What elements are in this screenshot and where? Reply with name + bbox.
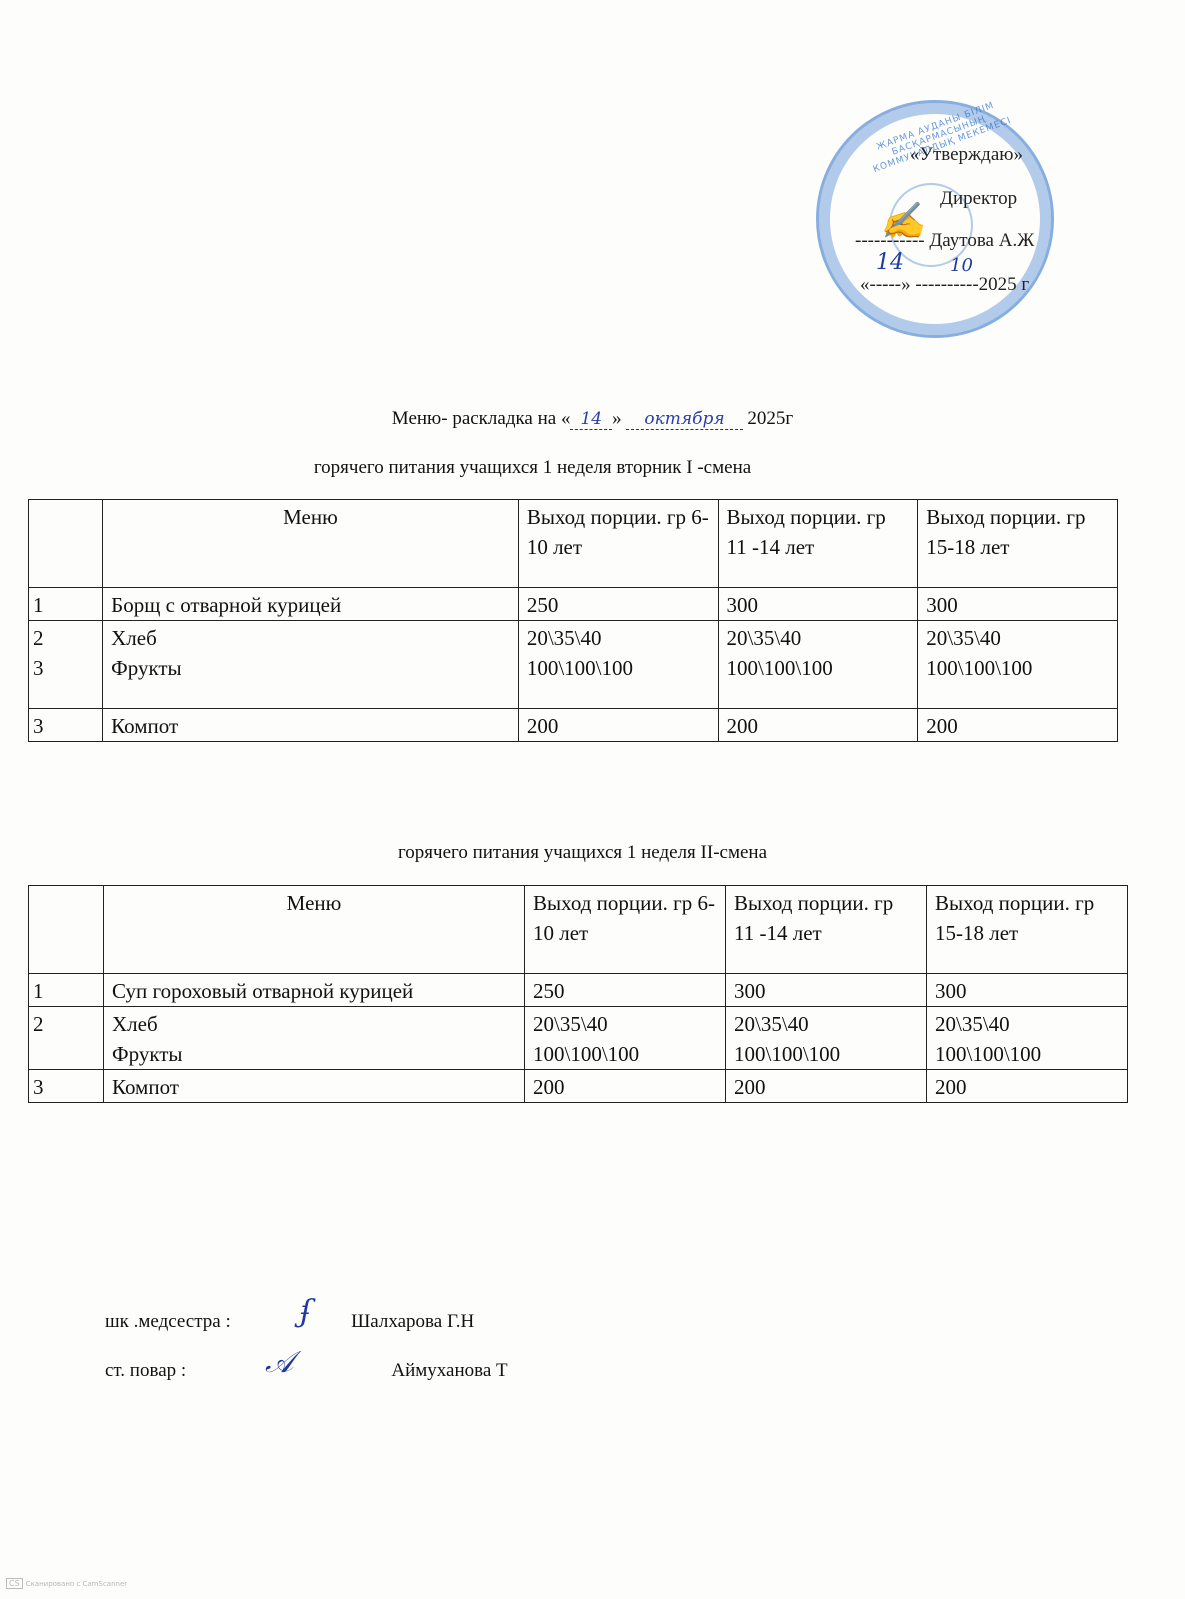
menu-table-shift-2: МенюВыход порции. гр 6-10 летВыход порци… <box>28 885 1128 1103</box>
table-header-row: МенюВыход порции. гр 6-10 летВыход порци… <box>29 886 1128 974</box>
table-row: 3Компот200200200 <box>29 1070 1128 1103</box>
column-header: Меню <box>104 886 525 974</box>
official-stamp: ЖАРМА АУДАНЫ БІЛІМ БАСҚАРМАСЫНЫҢ КОММУНА… <box>816 100 1054 338</box>
portion-value: 200 <box>525 1070 726 1103</box>
title-mid: » <box>612 408 626 429</box>
stamp-text: ЖАРМА АУДАНЫ БІЛІМ БАСҚАРМАСЫНЫҢ КОММУНА… <box>849 91 1028 181</box>
approval-date: «-----» ----------2025 г <box>860 274 1029 296</box>
portion-value: 300 <box>718 588 918 621</box>
portion-value: 20\35\40 100\100\100 <box>525 1007 726 1070</box>
row-number: 3 <box>29 1070 104 1103</box>
portion-value: 200 <box>927 1070 1128 1103</box>
dish-name: Компот <box>103 709 519 742</box>
portion-value: 300 <box>726 974 927 1007</box>
page-title: Меню- раскладка на «14» октября 2025г <box>0 408 1185 430</box>
portion-value: 250 <box>518 588 718 621</box>
scanner-watermark: CSСканировано с CamScanner <box>6 1578 127 1589</box>
cook-signature-icon: 𝒜 <box>265 1345 293 1380</box>
table-row: 2Хлеб Фрукты20\35\40 100\100\10020\35\40… <box>29 1007 1128 1070</box>
menu-table-shift-1: МенюВыход порции. гр 6-10 летВыход порци… <box>28 499 1118 742</box>
subtitle-shift-2: горячего питания учащихся 1 неделя II-см… <box>0 842 1175 864</box>
approval-handwritten-month: 10 <box>950 255 973 276</box>
portion-value: 20\35\40 100\100\100 <box>518 621 718 709</box>
row-number: 2 3 <box>29 621 103 709</box>
row-number: 2 <box>29 1007 104 1070</box>
portion-value: 20\35\40 100\100\100 <box>726 1007 927 1070</box>
column-header: Меню <box>103 500 519 588</box>
portion-value: 250 <box>525 974 726 1007</box>
dish-name: Хлеб Фрукты <box>104 1007 525 1070</box>
portion-value: 200 <box>726 1070 927 1103</box>
portion-value: 20\35\40 100\100\100 <box>918 621 1118 709</box>
portion-value: 200 <box>918 709 1118 742</box>
approval-block: ЖАРМА АУДАНЫ БІЛІМ БАСҚАРМАСЫНЫҢ КОММУНА… <box>810 100 1100 340</box>
table-header-row: МенюВыход порции. гр 6-10 летВыход порци… <box>29 500 1118 588</box>
dish-name: Компот <box>104 1070 525 1103</box>
title-month: октября <box>626 409 742 430</box>
column-header: Выход порции. гр 6-10 лет <box>518 500 718 588</box>
portion-value: 300 <box>918 588 1118 621</box>
title-prefix: Меню- раскладка на « <box>392 408 571 429</box>
signature-name: Аймуханова Т <box>391 1360 507 1381</box>
signature-cook: ст. повар :𝒜Аймуханова Т <box>105 1349 508 1384</box>
column-header: Выход порции. гр 15-18 лет <box>927 886 1128 974</box>
scanner-text: Сканировано с CamScanner <box>26 1580 127 1588</box>
row-number: 1 <box>29 974 104 1007</box>
column-header: Выход порции. гр 11 -14 лет <box>718 500 918 588</box>
column-header: Выход порции. гр 15-18 лет <box>918 500 1118 588</box>
dish-name: Хлеб Фрукты <box>103 621 519 709</box>
column-header: Выход порции. гр 11 -14 лет <box>726 886 927 974</box>
table-row: 1Суп гороховый отварной курицей250300300 <box>29 974 1128 1007</box>
portion-value: 300 <box>927 974 1128 1007</box>
subtitle-shift-1: горячего питания учащихся 1 неделя вторн… <box>0 457 1125 479</box>
title-day: 14 <box>570 409 612 430</box>
column-header <box>29 886 104 974</box>
portion-value: 20\35\40 100\100\100 <box>927 1007 1128 1070</box>
dish-name: Борщ с отварной курицей <box>103 588 519 621</box>
column-header <box>29 500 103 588</box>
signature-name: Шалхарова Г.Н <box>351 1311 474 1332</box>
portion-value: 20\35\40 100\100\100 <box>718 621 918 709</box>
title-suffix: 2025г <box>743 408 794 429</box>
approval-title: «Утверждаю» <box>910 144 1023 166</box>
table-row: 2 3Хлеб Фрукты20\35\40 100\100\10020\35\… <box>29 621 1118 709</box>
portion-value: 200 <box>718 709 918 742</box>
signature-nurse: шк .медсестра :ʄШалхарова Г.Н <box>105 1300 474 1335</box>
signature-role: ст. повар : <box>105 1360 265 1382</box>
row-number: 3 <box>29 709 103 742</box>
table-row: 3Компот200200200 <box>29 709 1118 742</box>
nurse-signature-icon: ʄ <box>300 1294 311 1329</box>
signature-role: шк .медсестра : <box>105 1311 300 1333</box>
dish-name: Суп гороховый отварной курицей <box>104 974 525 1007</box>
row-number: 1 <box>29 588 103 621</box>
director-signature: ✍ <box>880 200 925 242</box>
camscanner-logo-icon: CS <box>6 1578 23 1589</box>
approval-position: Директор <box>940 188 1017 210</box>
column-header: Выход порции. гр 6-10 лет <box>525 886 726 974</box>
portion-value: 200 <box>518 709 718 742</box>
table-row: 1Борщ с отварной курицей250300300 <box>29 588 1118 621</box>
approval-handwritten-day: 14 <box>876 250 904 275</box>
